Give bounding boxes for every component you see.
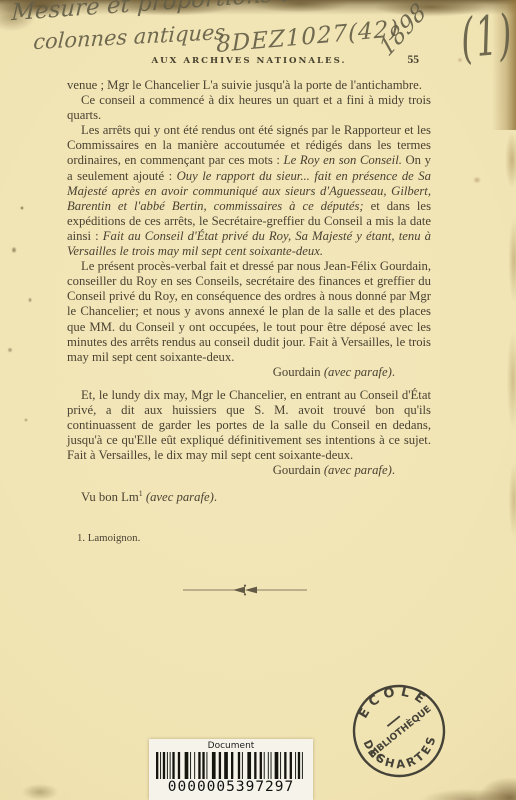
signature-line: Gourdain (avec parafe). [67,463,431,478]
paragraph: venue ; Mgr le Chancelier L'a suivie jus… [67,78,431,93]
handwriting-shelfmark: 8DEZ1027(42) [216,16,399,58]
stamp-center-rule [387,716,399,726]
page-number: 55 [408,54,420,66]
library-stamp: ECOLE DES CHARTES BIBLIOTHÈQUE [342,674,456,788]
barcode-title: Document [208,741,255,751]
handwriting-title-line2: colonnes antiques [33,20,226,54]
paragraph: Le présent procès-verbal fait et dressé … [67,259,431,365]
handwriting-year: 1898 [375,0,431,62]
right-edge-stain [486,0,516,580]
scanned-document-page: Mesure et proportions des colonnes antiq… [0,0,516,800]
running-header: AUX ARCHIVES NATIONALES. [67,56,431,66]
page-body: venue ; Mgr le Chancelier L'a suivie jus… [67,78,431,506]
page-header: AUX ARCHIVES NATIONALES. 55 [67,56,431,71]
paragraph: Et, le lundy dix may, Mgr le Chancelier,… [67,388,431,463]
barcode-number: 0000005397297 [168,779,295,795]
paragraph: Ce conseil a commencé à dix heures un qu… [67,93,431,123]
paragraph: Les arrêts qui y ont été rendus ont été … [67,123,431,259]
handwriting-volume-mark: (1) [458,2,516,71]
barcode-label: Document 0000005397297 [149,739,313,800]
end-divider-ornament [183,584,307,596]
print-block: AUX ARCHIVES NATIONALES. 55 venue ; Mgr … [67,56,431,544]
barcode-bars [156,752,306,779]
footnote: 1. Lamoignon. [67,532,431,544]
paragraph: Vu bon Lm1 (avec parafe). [67,486,431,505]
signature-line: Gourdain (avec parafe). [67,365,431,380]
